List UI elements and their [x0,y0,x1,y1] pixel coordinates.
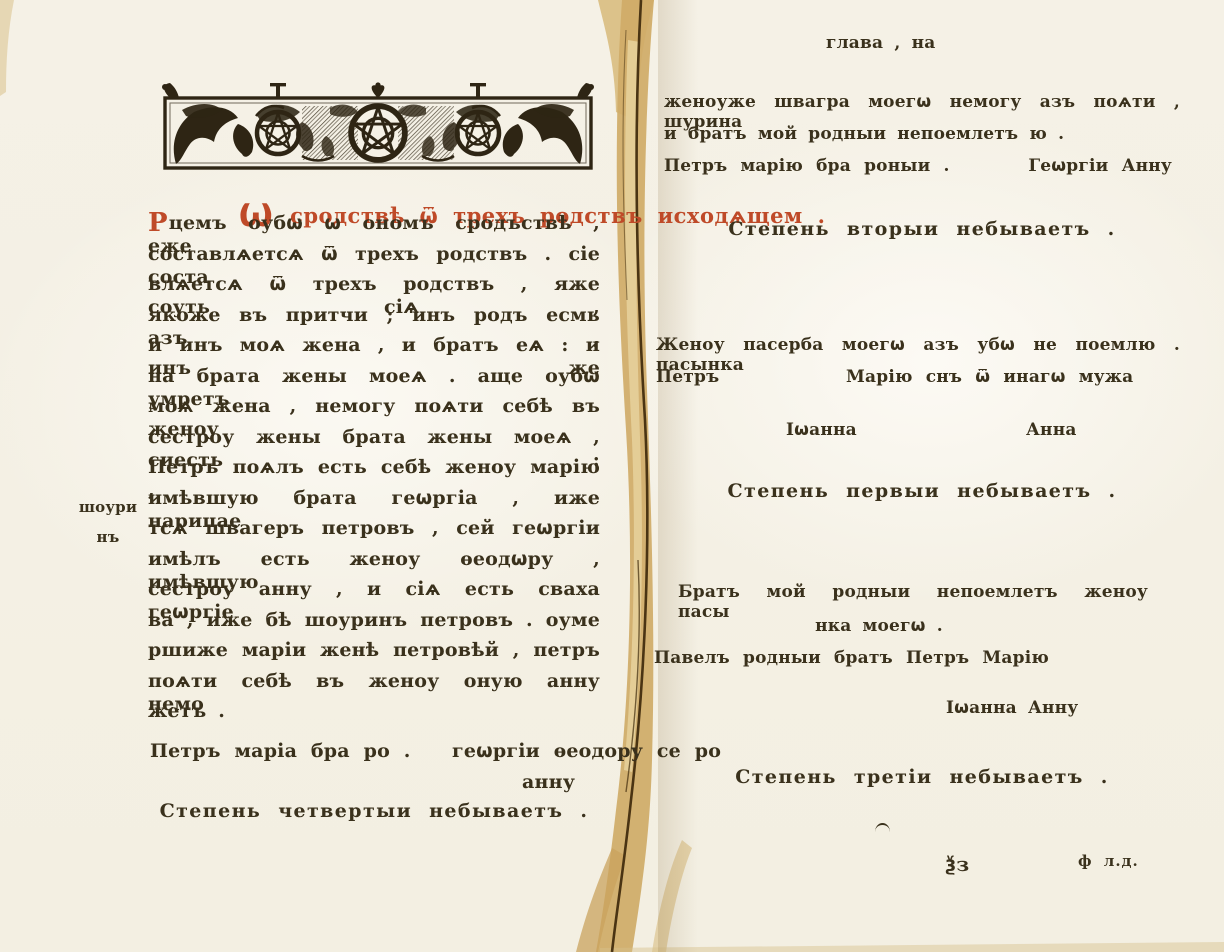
drop-initial-letter: Р [148,208,168,238]
chapter-heading: глава , на [826,33,935,53]
section2-wife: Марію снъ ѿ инагѡ мужа [846,367,1133,387]
body-line: ршиже маріи женѣ петровѣй , петръ [148,639,600,662]
gutter-crack-lines [612,0,647,952]
book-scan-spread: Ѡ сродствѣ ѿ трехъ родствъ исходѧщем . Р… [0,0,1224,952]
section1-scheme: Петръ марію бра роныи . Геѡргіи Анну [664,156,1172,176]
section2-husband: Петръ [656,367,719,387]
margin-note-line: шоури [66,498,150,516]
section2-son: Іѡанна [786,420,857,440]
titlo-mark [875,823,890,832]
section1-line: и братъ мой родныи непоемлетъ ю . [664,124,1064,144]
section3-line: Павелъ родныи братъ Петръ Марію [654,648,1049,668]
section3-line: нка моегѡ . [664,616,1094,636]
degree-caption: Степень четвертыи небываетъ . [148,800,600,823]
body-line: жетъ . [148,700,225,723]
folio-number: ѯз [872,828,969,900]
kinship-scheme-overflow: анну [522,771,575,794]
degree-caption: Степень первыи небываетъ . [664,480,1180,503]
degree-caption: Степень вторыи небываетъ . [664,218,1180,241]
margin-note-line: нъ [66,528,150,546]
degree-caption: Степень третіи небываетъ . [664,766,1180,789]
kinship-scheme-line: Петръ маріа бра ро . геѡргіи ѳеодору се … [150,740,721,763]
body-line: тсѧ швагеръ петровъ , сей геѡргіи [148,517,600,540]
section3-names: Іѡанна Анну [946,698,1078,718]
section2-daughter: Анна [1026,420,1077,440]
headpiece-ornament [160,82,596,180]
folio-number-text: ѯз [945,852,969,876]
body-line: ва , иже бѣ шоуринъ петровъ . оуме [148,609,600,632]
headpiece-finials [162,82,594,98]
quire-signature: ф л.д. [1078,852,1139,870]
